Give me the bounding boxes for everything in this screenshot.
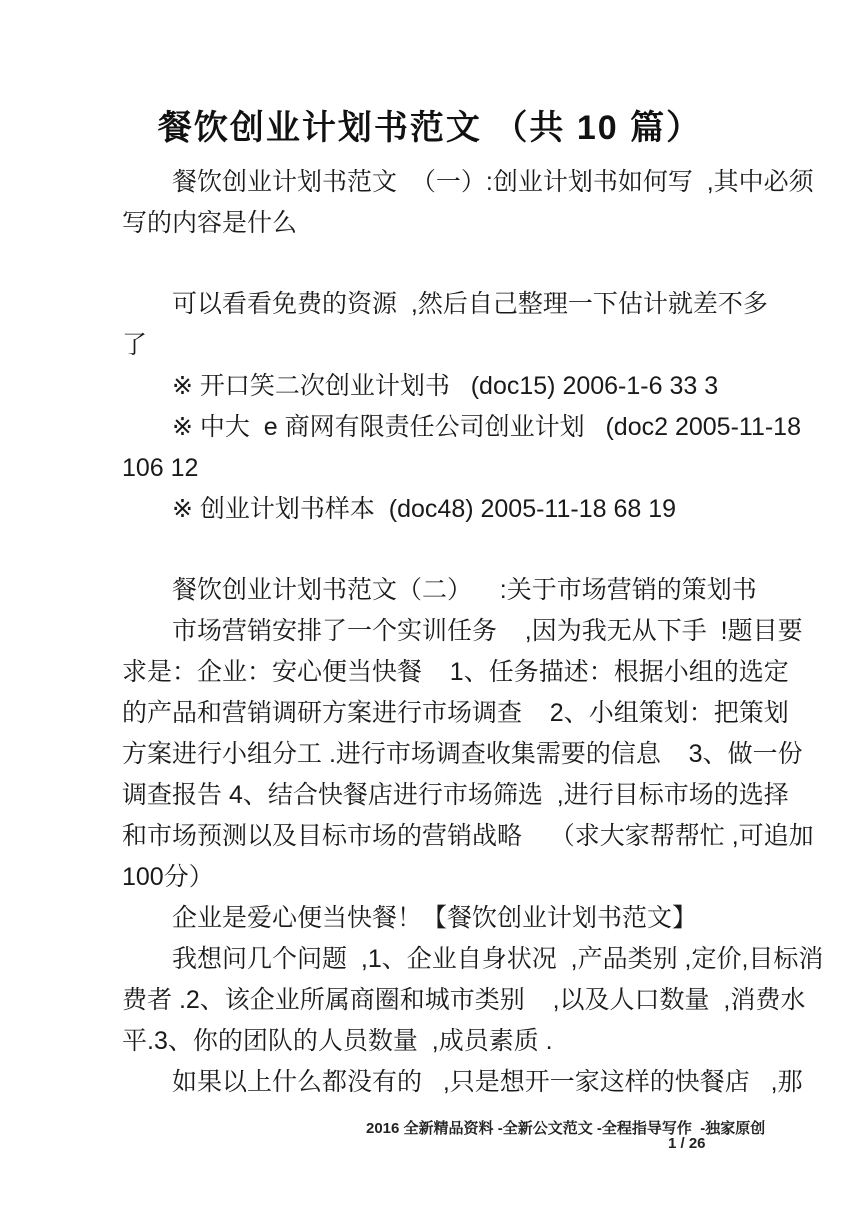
text-line: 市场营销安排了一个实训任务 ,因为我无从下手 !题目要 <box>122 611 738 652</box>
text-line: ※ 中大 e 商网有限责任公司创业计划 (doc2 2005-11-18 <box>122 407 738 448</box>
document-page: 餐饮创业计划书范文 （共 10 篇） 餐饮创业计划书范文 （一）:创业计划书如何… <box>0 0 860 1218</box>
page-indicator: 1 / 26 <box>668 1135 706 1152</box>
text-line: 100分） <box>122 857 738 898</box>
text-line: 方案进行小组分工 .进行市场调查收集需要的信息 3、做一份 <box>122 734 738 775</box>
text-line: 餐饮创业计划书范文（二） :关于市场营销的策划书 <box>122 570 738 611</box>
text-line: 和市场预测以及目标市场的营销战略 （求大家帮帮忙 ,可追加 <box>122 816 738 857</box>
text-line: 调查报告 4、结合快餐店进行市场筛选 ,进行目标市场的选择 <box>122 775 738 816</box>
document-body: 餐饮创业计划书范文 （一）:创业计划书如何写 ,其中必须 写的内容是什么 可以看… <box>122 162 738 1103</box>
text-line: 了 <box>122 325 738 366</box>
text-line: 写的内容是什么 <box>122 203 738 244</box>
text-line: 费者 .2、该企业所属商圈和城市类别 ,以及人口数量 ,消费水 <box>122 980 738 1021</box>
text-line: 106 12 <box>122 448 738 489</box>
text-line: 求是：企业：安心便当快餐 1、任务描述：根据小组的选定 <box>122 652 738 693</box>
text-line: 的产品和营销调研方案进行市场调查 2、小组策划：把策划 <box>122 693 738 734</box>
text-line: 平.3、你的团队的人员数量 ,成员素质 . <box>122 1021 738 1062</box>
text-line: 餐饮创业计划书范文 （一）:创业计划书如何写 ,其中必须 <box>122 162 738 203</box>
text-line: 我想问几个问题 ,1、企业自身状况 ,产品类别 ,定价,目标消 <box>122 939 738 980</box>
text-line: 企业是爱心便当快餐！【餐饮创业计划书范文】 <box>122 898 738 939</box>
text-line: ※ 开口笑二次创业计划书 (doc15) 2006-1-6 33 3 <box>122 366 738 407</box>
document-title: 餐饮创业计划书范文 （共 10 篇） <box>0 100 860 149</box>
text-line: 如果以上什么都没有的 ,只是想开一家这样的快餐店 ,那 <box>122 1062 738 1103</box>
text-line: ※ 创业计划书样本 (doc48) 2005-11-18 68 19 <box>122 489 738 530</box>
text-line: 可以看看免费的资源 ,然后自己整理一下估计就差不多 <box>122 284 738 325</box>
